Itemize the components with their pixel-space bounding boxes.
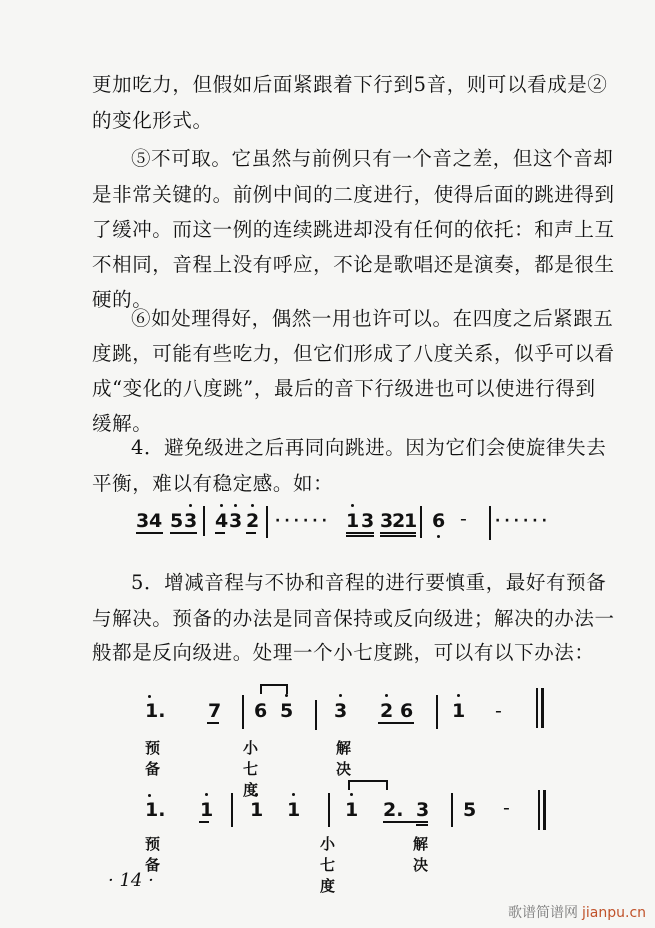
dot-above-icon (148, 794, 151, 797)
label-resolution: 解决 (413, 833, 428, 875)
note: 6 (400, 700, 413, 722)
final-barline (536, 688, 538, 728)
barline (315, 700, 317, 730)
text-line: 4．避免级进之后再同向跳进。因为它们会使旋律失去 (131, 436, 611, 460)
note: 5 (463, 799, 476, 821)
underline (136, 532, 163, 534)
dot-above-icon (385, 694, 388, 697)
underline (383, 821, 428, 823)
dot-above-icon (205, 793, 208, 796)
dot-below-icon (437, 535, 440, 538)
text-line: 不相同，音程上没有呼应，不论是歌唱还是演奏，都是很生 (92, 253, 572, 277)
dot-above-icon (285, 694, 288, 697)
dot-above-icon (339, 694, 342, 697)
underline (346, 532, 374, 534)
label-preparation: 预备 (145, 833, 160, 875)
text-line: 缓解。 (92, 412, 572, 436)
note: 5 (170, 510, 183, 532)
note: 2. (383, 799, 403, 821)
note: 6 (432, 510, 445, 532)
bracket (348, 780, 388, 790)
underline (346, 535, 374, 537)
underline (199, 821, 209, 823)
underline (378, 722, 414, 724)
barline (489, 506, 491, 540)
dot-above-icon (234, 504, 237, 507)
ellipsis: ······ (495, 511, 551, 531)
note: 3 (229, 510, 242, 532)
bracket (260, 684, 288, 694)
note: 3 (334, 700, 347, 722)
dot-above-icon (351, 504, 354, 507)
note: 4 (215, 510, 228, 532)
note: 1. (145, 799, 165, 821)
dot-above-icon (457, 694, 460, 697)
underline (380, 532, 416, 534)
note: 1 (287, 799, 300, 821)
text-line: 度跳，可能有些吃力，但它们形成了八度关系，似乎可以看 (92, 342, 572, 366)
note: 1 (250, 799, 263, 821)
page-number: · 14 · (108, 870, 154, 891)
note: - (503, 797, 510, 819)
text-line: 5．增减音程与不协和音程的进行要慎重，最好有预备 (131, 571, 611, 595)
note: 1. (145, 700, 165, 722)
label-minor-seventh: 小七度 (243, 737, 258, 800)
watermark: 歌谱简谱网jianpu.cn (508, 902, 646, 922)
note: 1 (345, 799, 358, 821)
text-line: ⑤不可取。它虽然与前例只有一个音之差，但这个音却 (131, 147, 611, 171)
dot-above-icon (350, 793, 353, 796)
dot-above-icon (220, 504, 223, 507)
text-line: 平衡，难以有稳定感。如： (92, 472, 572, 496)
barline (451, 793, 453, 827)
dot-above-icon (251, 504, 254, 507)
note: 4 (149, 510, 162, 532)
barline (203, 506, 205, 536)
underline (380, 535, 416, 537)
note: 3 (136, 510, 149, 532)
note: 3 (184, 510, 197, 532)
text-line: 般都是反向级进。处理一个小七度跳，可以有以下办法： (92, 641, 572, 665)
underline (246, 532, 256, 534)
note: - (460, 508, 467, 530)
barline (231, 793, 233, 827)
dot-above-icon (189, 504, 192, 507)
text-line: 的变化形式。 (92, 109, 572, 133)
barline (242, 695, 244, 729)
underline (215, 532, 225, 534)
note: 5 (280, 700, 293, 722)
text-line: 更加吃力，但假如后面紧跟着下行到5音，则可以看成是② (92, 73, 572, 97)
barline (436, 695, 438, 729)
note: 7 (208, 700, 221, 722)
note: 2 (380, 700, 393, 722)
note: 1 (452, 700, 465, 722)
dot-above-icon (292, 793, 295, 796)
text-line: ⑥如处理得好，偶然一用也许可以。在四度之后紧跟五 (131, 307, 611, 331)
note: 1 (346, 510, 359, 532)
barline (420, 506, 422, 538)
text-line: 成“变化的八度跳”，最后的音下行级进也可以使进行得到 (92, 377, 572, 401)
watermark-en: jianpu.cn (582, 905, 646, 921)
text-line: 是非常关键的。前例中间的二度进行，使得后面的跳进得到 (92, 183, 572, 207)
text-line: 了缓冲。而这一例的连续跳进却没有任何的依托：和声上互 (92, 218, 572, 242)
barline (328, 793, 330, 827)
label-preparation: 预备 (145, 737, 160, 779)
note: 6 (254, 700, 267, 722)
text-line: 与解决。预备的办法是同音保持或反向级进；解决的办法一 (92, 607, 572, 631)
note: 2 (246, 510, 259, 532)
note: 3 (361, 510, 374, 532)
final-barline (543, 790, 546, 830)
watermark-cn: 歌谱简谱网 (508, 905, 578, 921)
note: 1 (200, 799, 213, 821)
barline (266, 506, 268, 538)
label-minor-seventh: 小七度 (320, 833, 335, 896)
underline (207, 722, 219, 724)
label-resolution: 解决 (336, 737, 351, 779)
final-barline (538, 790, 540, 830)
note: - (495, 700, 502, 722)
ellipsis: ······ (275, 511, 331, 531)
underline (416, 824, 428, 826)
dot-above-icon (148, 695, 151, 698)
final-barline (541, 688, 544, 728)
note: 1 (404, 510, 417, 532)
underline (170, 532, 197, 534)
note: 3 (416, 799, 429, 821)
